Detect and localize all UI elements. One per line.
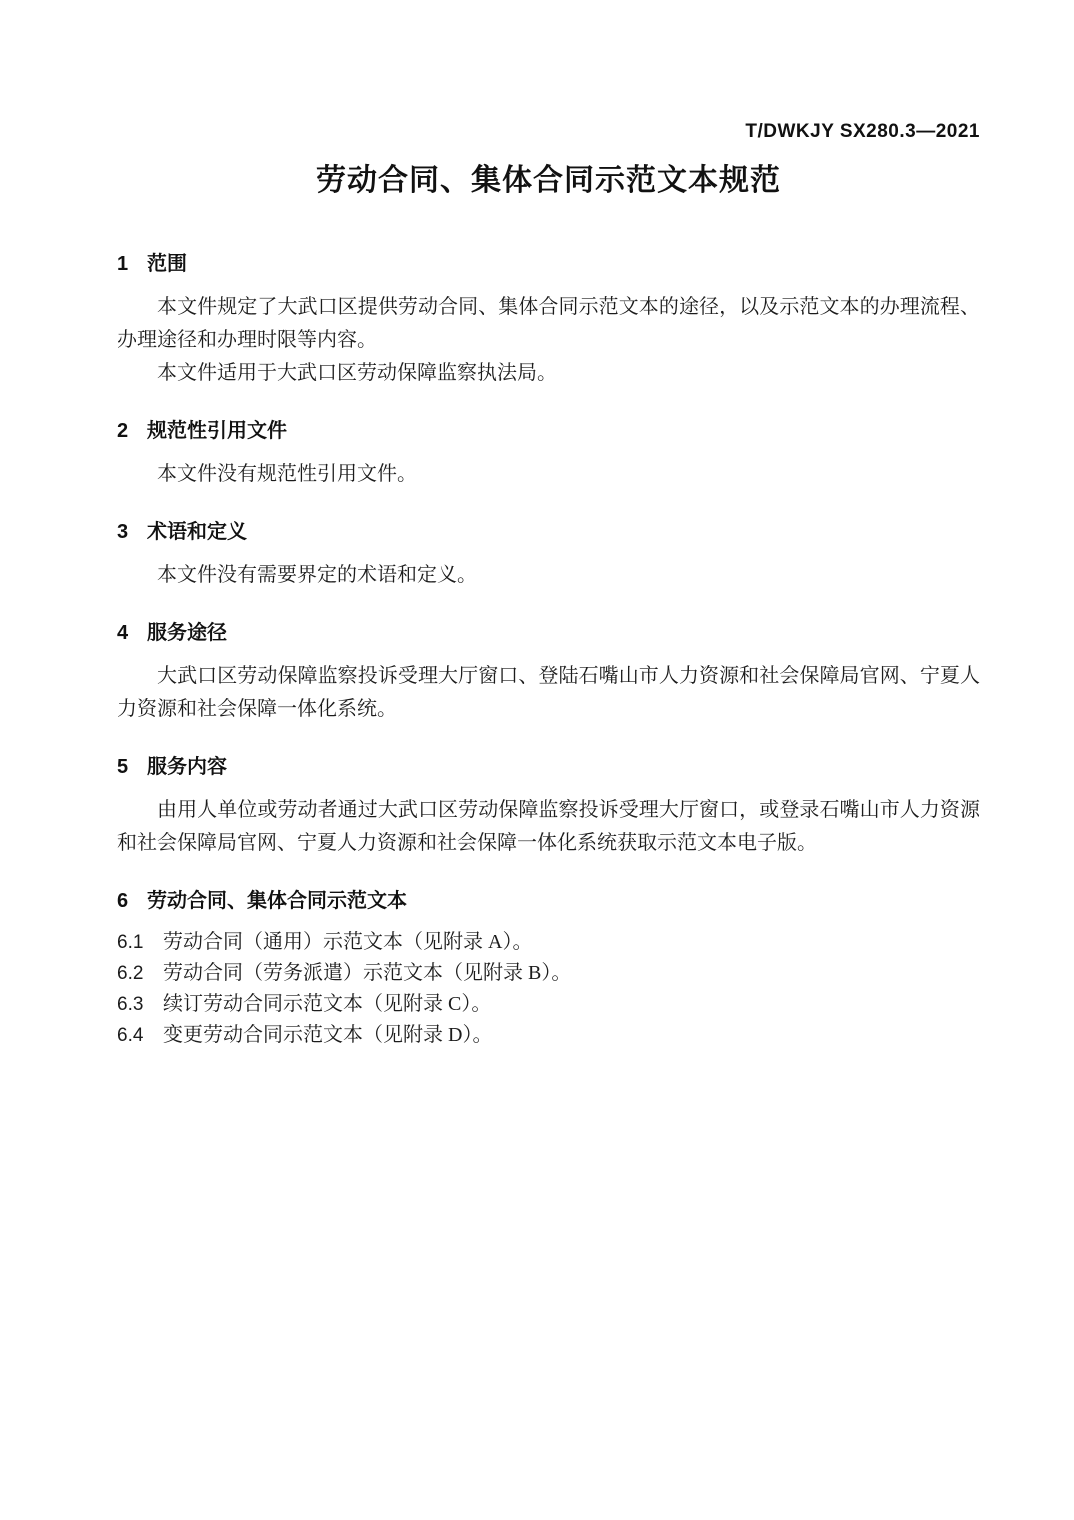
list-item: 6.4变更劳动合同示范文本（见附录 D）。: [117, 1020, 980, 1051]
list-item: 6.1劳动合同（通用）示范文本（见附录 A）。: [117, 927, 980, 958]
paragraph: 本文件没有需要界定的术语和定义。: [117, 559, 980, 592]
section-heading: 6劳动合同、集体合同示范文本: [117, 887, 980, 915]
section-heading: 2规范性引用文件: [117, 417, 980, 445]
section-number: 1: [117, 250, 147, 278]
section-heading-label: 规范性引用文件: [147, 420, 287, 442]
list-item: 6.3续订劳动合同示范文本（见附录 C）。: [117, 989, 980, 1020]
section-heading: 4服务途径: [117, 619, 980, 647]
section-number: 5: [117, 753, 147, 781]
clause-text: 变更劳动合同示范文本（见附录 D）。: [163, 1024, 492, 1046]
document-page: T/DWKJY SX280.3—2021 劳动合同、集体合同示范文本规范 1范围…: [0, 0, 1074, 1520]
clause-text: 续订劳动合同示范文本（见附录 C）。: [163, 993, 491, 1015]
section-terms-definitions: 3术语和定义 本文件没有需要界定的术语和定义。: [117, 518, 980, 592]
paragraph: 由用人单位或劳动者通过大武口区劳动保障监察投诉受理大厅窗口，或登录石嘴山市人力资…: [117, 794, 980, 860]
document-code: T/DWKJY SX280.3—2021: [117, 122, 980, 142]
section-normative-references: 2规范性引用文件 本文件没有规范性引用文件。: [117, 417, 980, 491]
list-item: 6.2劳动合同（劳务派遣）示范文本（见附录 B）。: [117, 958, 980, 989]
section-heading: 1范围: [117, 250, 980, 278]
section-number: 6: [117, 887, 147, 915]
section-number: 4: [117, 619, 147, 647]
section-service-content: 5服务内容 由用人单位或劳动者通过大武口区劳动保障监察投诉受理大厅窗口，或登录石…: [117, 753, 980, 860]
clause-text: 劳动合同（通用）示范文本（见附录 A）。: [163, 931, 532, 953]
section-heading-label: 范围: [147, 253, 187, 275]
paragraph: 本文件没有规范性引用文件。: [117, 458, 980, 491]
section-model-texts: 6劳动合同、集体合同示范文本 6.1劳动合同（通用）示范文本（见附录 A）。 6…: [117, 887, 980, 1051]
clause-text: 劳动合同（劳务派遣）示范文本（见附录 B）。: [163, 962, 571, 984]
section-number: 3: [117, 518, 147, 546]
clause-number: 6.3: [117, 990, 163, 1020]
section-scope: 1范围 本文件规定了大武口区提供劳动合同、集体合同示范文本的途径，以及示范文本的…: [117, 250, 980, 390]
section-heading-label: 服务途径: [147, 622, 227, 644]
section-heading-label: 劳动合同、集体合同示范文本: [147, 890, 407, 912]
clause-number: 6.2: [117, 959, 163, 989]
clause-list: 6.1劳动合同（通用）示范文本（见附录 A）。 6.2劳动合同（劳务派遣）示范文…: [117, 927, 980, 1051]
clause-number: 6.4: [117, 1021, 163, 1051]
section-heading-label: 术语和定义: [147, 521, 247, 543]
paragraph: 本文件规定了大武口区提供劳动合同、集体合同示范文本的途径，以及示范文本的办理流程…: [117, 291, 980, 357]
section-heading-label: 服务内容: [147, 756, 227, 778]
document-title: 劳动合同、集体合同示范文本规范: [117, 160, 980, 202]
clause-number: 6.1: [117, 928, 163, 958]
section-heading: 5服务内容: [117, 753, 980, 781]
paragraph: 大武口区劳动保障监察投诉受理大厅窗口、登陆石嘴山市人力资源和社会保障局官网、宁夏…: [117, 660, 980, 726]
section-heading: 3术语和定义: [117, 518, 980, 546]
paragraph: 本文件适用于大武口区劳动保障监察执法局。: [117, 357, 980, 390]
section-service-channels: 4服务途径 大武口区劳动保障监察投诉受理大厅窗口、登陆石嘴山市人力资源和社会保障…: [117, 619, 980, 726]
section-number: 2: [117, 417, 147, 445]
